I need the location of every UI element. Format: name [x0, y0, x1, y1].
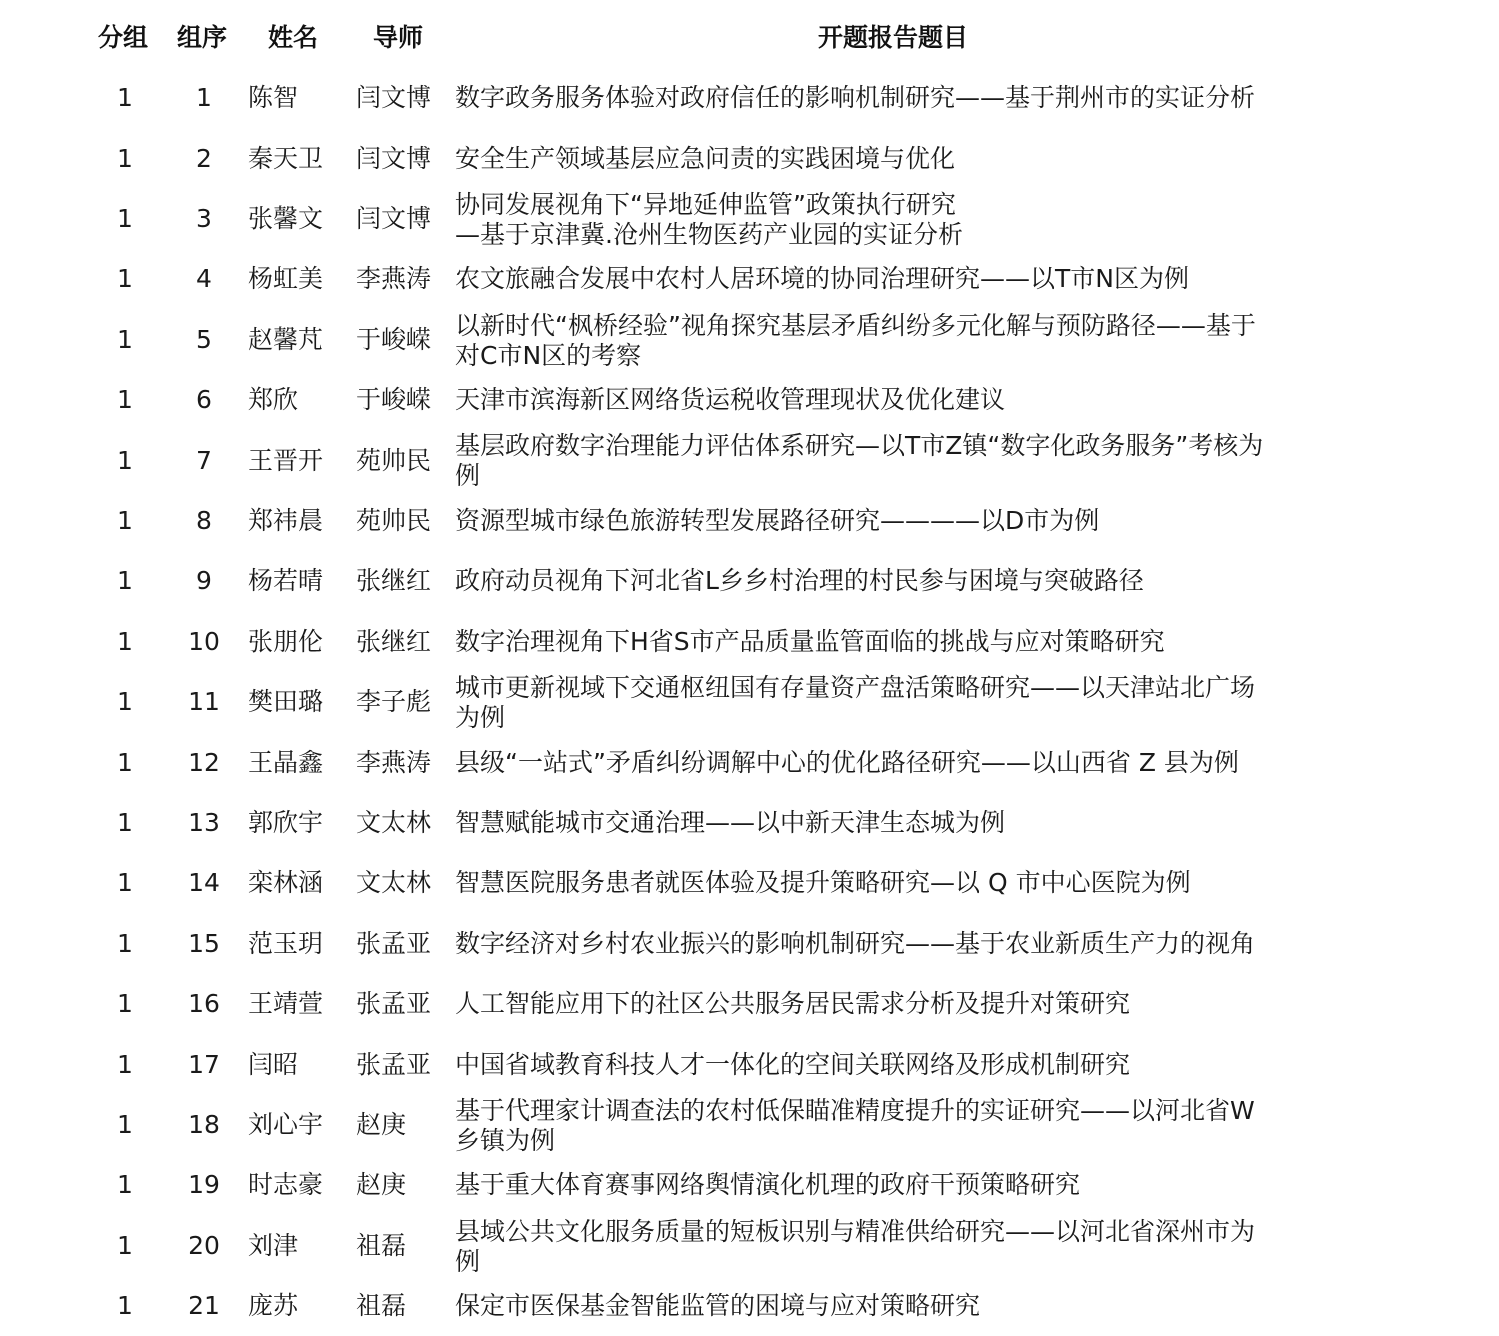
table-row: 11陈智闫文博数字政务服务体验对政府信任的影响机制研究——基于荆州市的实证分析	[0, 68, 1499, 128]
cell-name: 栾林涵	[248, 868, 323, 898]
cell-seq: 4	[178, 264, 230, 294]
cell-seq: 9	[178, 566, 230, 596]
table-row: 19杨若晴张继红政府动员视角下河北省L乡乡村治理的村民参与困境与突破路径	[0, 551, 1499, 611]
cell-title: 数字经济对乡村农业振兴的影响机制研究——基于农业新质生产力的视角	[455, 929, 1345, 959]
cell-seq: 20	[178, 1231, 230, 1261]
cell-title: 智慧医院服务患者就医体验及提升策略研究—以 Q 市中心医院为例	[455, 868, 1345, 898]
cell-title: 智慧赋能城市交通治理——以中新天津生态城为例	[455, 808, 1345, 838]
cell-name: 时志豪	[248, 1170, 323, 1200]
title-line: 人工智能应用下的社区公共服务居民需求分析及提升对策研究	[455, 989, 1345, 1019]
title-line: 县域公共文化服务质量的短板识别与精准供给研究——以河北省深州市为	[455, 1217, 1345, 1247]
title-line: 数字经济对乡村农业振兴的影响机制研究——基于农业新质生产力的视角	[455, 929, 1345, 959]
cell-seq: 18	[178, 1110, 230, 1140]
cell-name: 杨若晴	[248, 566, 323, 596]
header-seq: 组序	[177, 18, 227, 58]
cell-title: 协同发展视角下“异地延伸监管”政策执行研究—基于京津冀.沧州生物医药产业园的实证…	[455, 190, 1345, 250]
cell-seq: 11	[178, 687, 230, 717]
table-row: 119时志豪赵庚基于重大体育赛事网络舆情演化机理的政府干预策略研究	[0, 1155, 1499, 1215]
table-row: 121庞苏祖磊保定市医保基金智能监管的困境与应对策略研究	[0, 1276, 1499, 1336]
header-name: 姓名	[268, 18, 318, 58]
cell-advisor: 李燕涛	[356, 748, 431, 778]
title-line: 保定市医保基金智能监管的困境与应对策略研究	[455, 1291, 1345, 1321]
cell-group: 1	[100, 1291, 150, 1321]
cell-group: 1	[100, 627, 150, 657]
table-row: 112王晶鑫李燕涛县级“一站式”矛盾纠纷调解中心的优化路径研究——以山西省 Z …	[0, 732, 1499, 792]
title-line: 安全生产领域基层应急问责的实践困境与优化	[455, 144, 1345, 174]
table-header: 分组 组序 姓名 导师 开题报告题目	[0, 18, 1499, 58]
cell-name: 樊田璐	[248, 687, 323, 717]
title-line: 基层政府数字治理能力评估体系研究—以T市Z镇“数字化政务服务”考核为	[455, 431, 1345, 461]
table-row: 114栾林涵文太林智慧医院服务患者就医体验及提升策略研究—以 Q 市中心医院为例	[0, 853, 1499, 913]
cell-group: 1	[100, 204, 150, 234]
table-row: 115范玉玥张孟亚数字经济对乡村农业振兴的影响机制研究——基于农业新质生产力的视…	[0, 914, 1499, 974]
cell-title: 天津市滨海新区网络货运税收管理现状及优化建议	[455, 385, 1345, 415]
cell-group: 1	[100, 1110, 150, 1140]
cell-title: 县域公共文化服务质量的短板识别与精准供给研究——以河北省深州市为例	[455, 1217, 1345, 1277]
cell-advisor: 苑帅民	[356, 506, 431, 536]
cell-group: 1	[100, 1170, 150, 1200]
cell-group: 1	[100, 1231, 150, 1261]
cell-name: 张馨文	[248, 204, 323, 234]
title-line: 以新时代“枫桥经验”视角探究基层矛盾纠纷多元化解与预防路径——基于	[455, 311, 1345, 341]
title-line: 智慧医院服务患者就医体验及提升策略研究—以 Q 市中心医院为例	[455, 868, 1345, 898]
title-line: 农文旅融合发展中农村人居环境的协同治理研究——以T市N区为例	[455, 264, 1345, 294]
cell-title: 以新时代“枫桥经验”视角探究基层矛盾纠纷多元化解与预防路径——基于对C市N区的考…	[455, 311, 1345, 371]
cell-seq: 19	[178, 1170, 230, 1200]
cell-title: 基于重大体育赛事网络舆情演化机理的政府干预策略研究	[455, 1170, 1345, 1200]
cell-advisor: 李燕涛	[356, 264, 431, 294]
table-row: 120刘津祖磊县域公共文化服务质量的短板识别与精准供给研究——以河北省深州市为例	[0, 1216, 1499, 1276]
title-line: 资源型城市绿色旅游转型发展路径研究————以D市为例	[455, 506, 1345, 536]
table-row: 110张朋伦张继红数字治理视角下H省S市产品质量监管面临的挑战与应对策略研究	[0, 612, 1499, 672]
cell-advisor: 张孟亚	[356, 929, 431, 959]
cell-seq: 14	[178, 868, 230, 898]
cell-group: 1	[100, 989, 150, 1019]
title-line: 基于代理家计调查法的农村低保瞄准精度提升的实证研究——以河北省W	[455, 1096, 1345, 1126]
title-line: 例	[455, 1247, 1345, 1277]
cell-seq: 13	[178, 808, 230, 838]
cell-seq: 16	[178, 989, 230, 1019]
cell-advisor: 张继红	[356, 627, 431, 657]
title-line: 政府动员视角下河北省L乡乡村治理的村民参与困境与突破路径	[455, 566, 1345, 596]
table-row: 13张馨文闫文博协同发展视角下“异地延伸监管”政策执行研究—基于京津冀.沧州生物…	[0, 189, 1499, 249]
cell-group: 1	[100, 144, 150, 174]
title-line: 数字治理视角下H省S市产品质量监管面临的挑战与应对策略研究	[455, 627, 1345, 657]
cell-advisor: 于峻嵘	[356, 385, 431, 415]
cell-advisor: 于峻嵘	[356, 325, 431, 355]
cell-group: 1	[100, 83, 150, 113]
title-line: 天津市滨海新区网络货运税收管理现状及优化建议	[455, 385, 1345, 415]
cell-name: 杨虹美	[248, 264, 323, 294]
table-row: 17王晋开苑帅民基层政府数字治理能力评估体系研究—以T市Z镇“数字化政务服务”考…	[0, 430, 1499, 490]
cell-name: 赵馨芃	[248, 325, 323, 355]
cell-name: 郑祎晨	[248, 506, 323, 536]
title-line: 智慧赋能城市交通治理——以中新天津生态城为例	[455, 808, 1345, 838]
cell-group: 1	[100, 808, 150, 838]
cell-title: 保定市医保基金智能监管的困境与应对策略研究	[455, 1291, 1345, 1321]
title-line: 城市更新视域下交通枢纽国有存量资产盘活策略研究——以天津站北广场	[455, 673, 1345, 703]
cell-group: 1	[100, 264, 150, 294]
header-advisor: 导师	[373, 18, 423, 58]
cell-advisor: 张继红	[356, 566, 431, 596]
table-row: 118刘心宇赵庚基于代理家计调查法的农村低保瞄准精度提升的实证研究——以河北省W…	[0, 1095, 1499, 1155]
cell-name: 刘心宇	[248, 1110, 323, 1140]
header-group: 分组	[98, 18, 148, 58]
table-row: 18郑祎晨苑帅民资源型城市绿色旅游转型发展路径研究————以D市为例	[0, 491, 1499, 551]
cell-advisor: 李子彪	[356, 687, 431, 717]
cell-name: 张朋伦	[248, 627, 323, 657]
title-line: 乡镇为例	[455, 1126, 1345, 1156]
cell-name: 庞苏	[248, 1291, 298, 1321]
cell-advisor: 赵庚	[356, 1110, 406, 1140]
cell-group: 1	[100, 566, 150, 596]
cell-advisor: 张孟亚	[356, 989, 431, 1019]
cell-advisor: 文太林	[356, 868, 431, 898]
cell-title: 城市更新视域下交通枢纽国有存量资产盘活策略研究——以天津站北广场为例	[455, 673, 1345, 733]
cell-group: 1	[100, 446, 150, 476]
table-row: 14杨虹美李燕涛农文旅融合发展中农村人居环境的协同治理研究——以T市N区为例	[0, 249, 1499, 309]
cell-seq: 3	[178, 204, 230, 234]
title-line: 协同发展视角下“异地延伸监管”政策执行研究	[455, 190, 1345, 220]
cell-group: 1	[100, 325, 150, 355]
cell-seq: 8	[178, 506, 230, 536]
cell-title: 资源型城市绿色旅游转型发展路径研究————以D市为例	[455, 506, 1345, 536]
cell-seq: 7	[178, 446, 230, 476]
title-line: 为例	[455, 703, 1345, 733]
title-line: 基于重大体育赛事网络舆情演化机理的政府干预策略研究	[455, 1170, 1345, 1200]
cell-title: 人工智能应用下的社区公共服务居民需求分析及提升对策研究	[455, 989, 1345, 1019]
cell-group: 1	[100, 748, 150, 778]
title-line: 县级“一站式”矛盾纠纷调解中心的优化路径研究——以山西省 Z 县为例	[455, 748, 1345, 778]
title-line: 数字政务服务体验对政府信任的影响机制研究——基于荆州市的实证分析	[455, 83, 1345, 113]
cell-advisor: 闫文博	[356, 83, 431, 113]
cell-name: 陈智	[248, 83, 298, 113]
table-row: 12秦天卫闫文博安全生产领域基层应急问责的实践困境与优化	[0, 128, 1499, 188]
cell-title: 县级“一站式”矛盾纠纷调解中心的优化路径研究——以山西省 Z 县为例	[455, 748, 1345, 778]
cell-title: 中国省域教育科技人才一体化的空间关联网络及形成机制研究	[455, 1050, 1345, 1080]
cell-title: 基于代理家计调查法的农村低保瞄准精度提升的实证研究——以河北省W乡镇为例	[455, 1096, 1345, 1156]
cell-group: 1	[100, 385, 150, 415]
cell-seq: 2	[178, 144, 230, 174]
cell-group: 1	[100, 687, 150, 717]
cell-seq: 6	[178, 385, 230, 415]
cell-seq: 17	[178, 1050, 230, 1080]
cell-seq: 21	[178, 1291, 230, 1321]
cell-group: 1	[100, 506, 150, 536]
cell-name: 王靖萱	[248, 989, 323, 1019]
cell-title: 基层政府数字治理能力评估体系研究—以T市Z镇“数字化政务服务”考核为例	[455, 431, 1345, 491]
cell-seq: 1	[178, 83, 230, 113]
table-row: 116王靖萱张孟亚人工智能应用下的社区公共服务居民需求分析及提升对策研究	[0, 974, 1499, 1034]
cell-seq: 10	[178, 627, 230, 657]
cell-name: 闫昭	[248, 1050, 298, 1080]
cell-advisor: 文太林	[356, 808, 431, 838]
table-row: 16郑欣于峻嵘天津市滨海新区网络货运税收管理现状及优化建议	[0, 370, 1499, 430]
table-row: 113郭欣宇文太林智慧赋能城市交通治理——以中新天津生态城为例	[0, 793, 1499, 853]
cell-advisor: 张孟亚	[356, 1050, 431, 1080]
cell-title: 政府动员视角下河北省L乡乡村治理的村民参与困境与突破路径	[455, 566, 1345, 596]
cell-name: 郑欣	[248, 385, 298, 415]
title-line: —基于京津冀.沧州生物医药产业园的实证分析	[455, 220, 1345, 250]
cell-seq: 5	[178, 325, 230, 355]
cell-advisor: 祖磊	[356, 1291, 406, 1321]
cell-group: 1	[100, 1050, 150, 1080]
title-line: 对C市N区的考察	[455, 341, 1345, 371]
cell-name: 郭欣宇	[248, 808, 323, 838]
cell-name: 秦天卫	[248, 144, 323, 174]
cell-title: 农文旅融合发展中农村人居环境的协同治理研究——以T市N区为例	[455, 264, 1345, 294]
header-title: 开题报告题目	[818, 18, 968, 58]
cell-title: 数字治理视角下H省S市产品质量监管面临的挑战与应对策略研究	[455, 627, 1345, 657]
cell-name: 王晋开	[248, 446, 323, 476]
title-line: 例	[455, 461, 1345, 491]
table-row: 117闫昭张孟亚中国省域教育科技人才一体化的空间关联网络及形成机制研究	[0, 1034, 1499, 1094]
cell-advisor: 祖磊	[356, 1231, 406, 1261]
cell-title: 数字政务服务体验对政府信任的影响机制研究——基于荆州市的实证分析	[455, 83, 1345, 113]
table-row: 111樊田璐李子彪城市更新视域下交通枢纽国有存量资产盘活策略研究——以天津站北广…	[0, 672, 1499, 732]
cell-title: 安全生产领域基层应急问责的实践困境与优化	[455, 144, 1345, 174]
cell-name: 王晶鑫	[248, 748, 323, 778]
title-line: 中国省域教育科技人才一体化的空间关联网络及形成机制研究	[455, 1050, 1345, 1080]
cell-advisor: 苑帅民	[356, 446, 431, 476]
cell-seq: 15	[178, 929, 230, 959]
cell-group: 1	[100, 868, 150, 898]
cell-group: 1	[100, 929, 150, 959]
cell-advisor: 闫文博	[356, 144, 431, 174]
cell-advisor: 赵庚	[356, 1170, 406, 1200]
cell-name: 范玉玥	[248, 929, 323, 959]
table-row: 15赵馨芃于峻嵘以新时代“枫桥经验”视角探究基层矛盾纠纷多元化解与预防路径——基…	[0, 310, 1499, 370]
cell-name: 刘津	[248, 1231, 298, 1261]
cell-seq: 12	[178, 748, 230, 778]
cell-advisor: 闫文博	[356, 204, 431, 234]
